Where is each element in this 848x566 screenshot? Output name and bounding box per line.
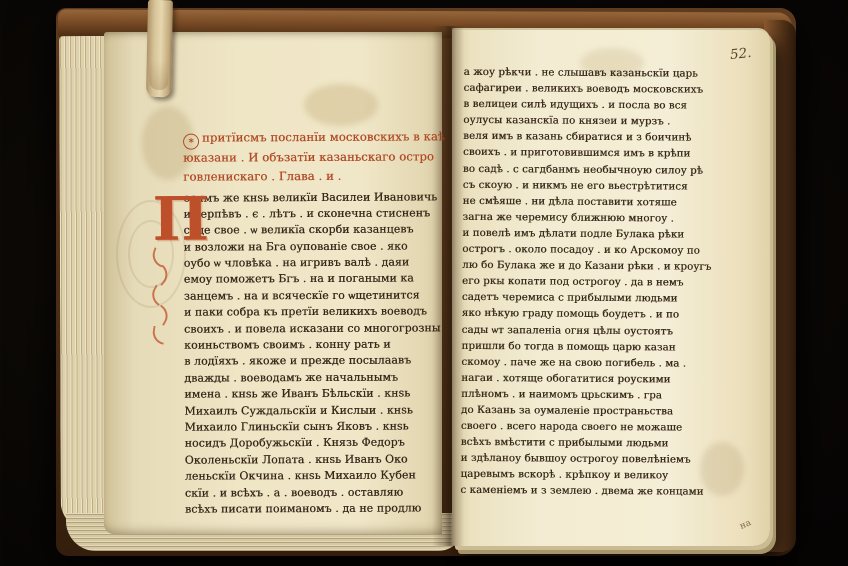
flourish-curl bbox=[149, 247, 167, 267]
folio-number: 52. bbox=[729, 45, 752, 63]
rubric-heading-line: юказани . И объзатїи казаньскаго остро bbox=[183, 147, 443, 168]
manuscript-text-line: и терпѣвъ . є . лѣтъ . и сконечна стисне… bbox=[183, 205, 443, 223]
manuscript-text-line: во садѣ . с сагдбанмъ необычноую силоу р… bbox=[463, 161, 763, 179]
manuscript-text-line: срце свое . ѡ великїа скорби казанцевъ bbox=[183, 222, 443, 240]
manuscript-text-line: всѣхъ писати поиманомъ . да не продлю bbox=[185, 500, 445, 518]
manuscript-text-line: скїи . и всѣхъ . а . воеводъ . оставляю bbox=[185, 484, 445, 502]
manuscript-text-line: своихъ . и приготовившимся имъ в крѣпи bbox=[463, 145, 763, 163]
manuscript-text-line: дважды . воеводамъ же начальнымъ bbox=[184, 369, 444, 387]
manuscript-text-line: с каменіемъ и з землею . двема же концам… bbox=[460, 483, 760, 501]
manuscript-text-line: в лодїяхъ . якоже и прежде посылаавъ bbox=[184, 353, 444, 371]
page-stain bbox=[304, 84, 378, 126]
manuscript-text-line: сады ѡт запаленіа огня цѣлы оустоятъ bbox=[462, 322, 762, 340]
manuscript-text-line: осимъ же кнѕь великїи Василеи Ивановичь bbox=[183, 189, 443, 207]
flourish-curl bbox=[147, 284, 167, 305]
right-page-text-block: а жоу рѣкчи . не слышавъ казаньскїи царь… bbox=[460, 65, 763, 502]
manuscript-text-line: и паки собра къ претїи великихъ воеводъ bbox=[184, 304, 444, 322]
rubric-heading-line: говленискаго . Глава . и . bbox=[183, 166, 443, 187]
flourish-curl bbox=[151, 325, 167, 344]
left-page-body: П осимъ же кнѕь великїи Василеи Иванович… bbox=[183, 189, 445, 518]
left-page-lines: осимъ же кнѕь великїи Василеи Ивановичьи… bbox=[183, 189, 445, 518]
left-page: ∗притїисмъ посланїи московскихъ в каѣ юк… bbox=[104, 32, 442, 534]
manuscript-text-line: оубо ѡ чловѣка . на игривъ валѣ . даяи bbox=[184, 254, 444, 272]
decorated-initial-letter: П bbox=[152, 190, 209, 248]
initial-flourish-ornament bbox=[150, 248, 169, 358]
manuscript-text-line: леньскїи Окчина . кнѕь Михаило Кубен bbox=[185, 467, 445, 485]
manuscript-text-line: и возложи на Бга оупованіе свое . яко bbox=[184, 238, 444, 256]
manuscript-text-line: коиньствомъ своимъ . конну рать и bbox=[184, 336, 444, 354]
manuscript-text-line: имена . кнѕь же Иванъ Бѣльскїи . кнѕь bbox=[184, 386, 444, 404]
manuscript-text-line: яко нѣкую граду помощь боудетъ . и по bbox=[462, 306, 762, 324]
rubric-heading-text: притїисмъ посланїи московскихъ в каѣ bbox=[202, 129, 445, 144]
rosette-initial-icon: ∗ bbox=[183, 133, 199, 149]
right-page: 52. а жоу рѣкчи . не слышавъ казаньскїи … bbox=[452, 28, 770, 546]
manuscript-text-line: Михаило Глиньскїи сынъ Яковъ . кнѕь bbox=[185, 418, 445, 436]
manuscript-text-line: Околеньскїи Лопата . кнѕь Иванъ Око bbox=[185, 451, 445, 469]
photo-background: ∗притїисмъ посланїи московскихъ в каѣ юк… bbox=[0, 0, 848, 566]
rubric-heading-line: ∗притїисмъ посланїи московскихъ в каѣ bbox=[183, 127, 443, 148]
flourish-curl bbox=[153, 304, 173, 325]
manuscript-text-line: носидъ Доробужьскїи . Князь Федоръ bbox=[185, 435, 445, 453]
bookmark-stick bbox=[146, 0, 173, 97]
manuscript-text-line: занцемъ . на и всяческїе го ѡщетинится bbox=[184, 287, 444, 305]
manuscript-text-line: пришли бо тогда в помощь царю казан bbox=[461, 338, 761, 356]
left-page-text-block: ∗притїисмъ посланїи московскихъ в каѣ юк… bbox=[183, 127, 445, 518]
manuscript-text-line: емоу поможетъ Бгъ . на и погаными ка bbox=[184, 271, 444, 289]
quire-mark: на bbox=[738, 518, 752, 532]
manuscript-text-line: Михаилъ Суждальскїи и Кислыи . кнѕь bbox=[184, 402, 444, 420]
manuscript-text-line: съ скоую . и никмъ не его вьестрѣтитися bbox=[463, 177, 763, 195]
manuscript-text-line: своихъ . и повела исказани со многогрозн… bbox=[184, 320, 444, 338]
